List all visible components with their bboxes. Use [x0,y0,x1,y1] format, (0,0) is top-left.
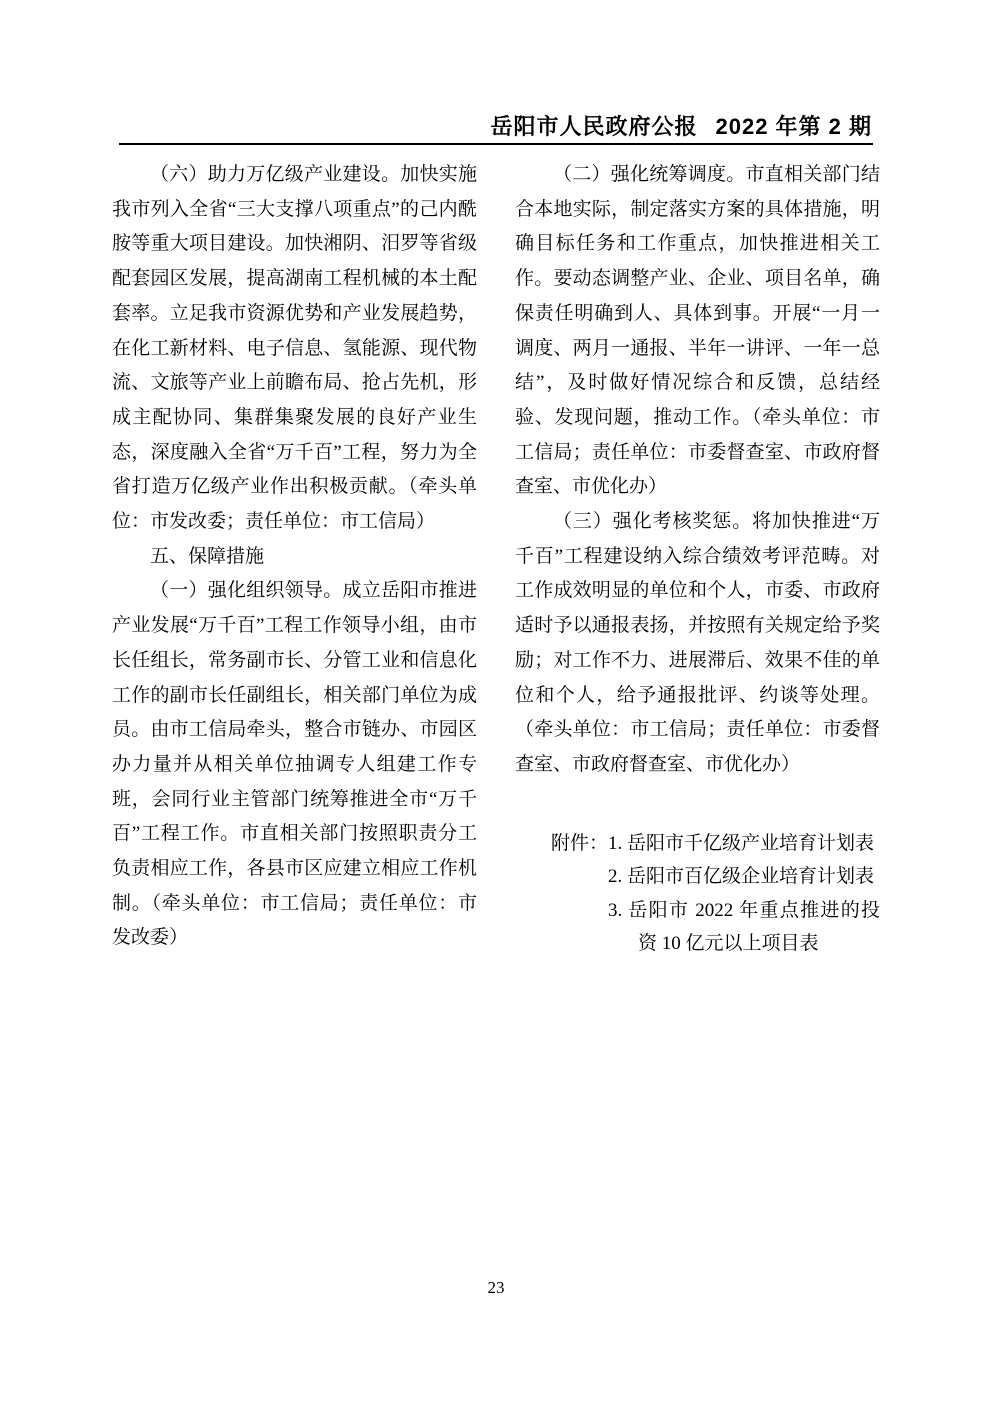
content-columns: （六）助力万亿级产业建设。加快实施我市列入全省“三大支撑八项重点”的己内酰胺等重… [112,158,880,961]
header-rule [119,143,873,145]
gazette-page: 岳阳市人民政府公报2022 年第 2 期 （六）助力万亿级产业建设。加快实施我市… [0,0,992,1403]
page-header: 岳阳市人民政府公报2022 年第 2 期 [490,110,872,141]
attachments-list: 1. 岳阳市千亿级产业培育计划表 2. 岳阳市百亿级企业培育计划表 3. 岳阳市… [608,827,880,961]
gazette-title: 岳阳市人民政府公报 [490,114,697,139]
section-6-paragraph: （六）助力万亿级产业建设。加快实施我市列入全省“三大支撑八项重点”的己内酰胺等重… [112,158,477,540]
section-5-1-paragraph: （一）强化组织领导。成立岳阳市推进产业发展“万千百”工程工作领导小组，由市长任组… [112,574,477,956]
attachment-item-3: 3. 岳阳市 2022 年重点推进的投资 10 亿元以上项目表 [608,894,880,961]
right-column: （二）强化统筹调度。市直相关部门结合本地实际，制定落实方案的具体措施，明确目标任… [515,158,880,961]
attachments-label: 附件： [551,827,608,961]
attachment-item-2: 2. 岳阳市百亿级企业培育计划表 [608,860,880,894]
attachment-item-1: 1. 岳阳市千亿级产业培育计划表 [608,827,880,861]
section-5-heading: 五、保障措施 [112,540,477,575]
attachments-block: 附件： 1. 岳阳市千亿级产业培育计划表 2. 岳阳市百亿级企业培育计划表 3.… [515,827,880,961]
section-5-3-paragraph: （三）强化考核奖惩。将加快推进“万千百”工程建设纳入综合绩效考评范畴。对工作成效… [515,505,880,783]
section-5-2-paragraph: （二）强化统筹调度。市直相关部门结合本地实际，制定落实方案的具体措施，明确目标任… [515,158,880,505]
page-number: 23 [0,1278,992,1298]
left-column: （六）助力万亿级产业建设。加快实施我市列入全省“三大支撑八项重点”的己内酰胺等重… [112,158,477,961]
gazette-issue: 2022 年第 2 期 [715,114,872,139]
